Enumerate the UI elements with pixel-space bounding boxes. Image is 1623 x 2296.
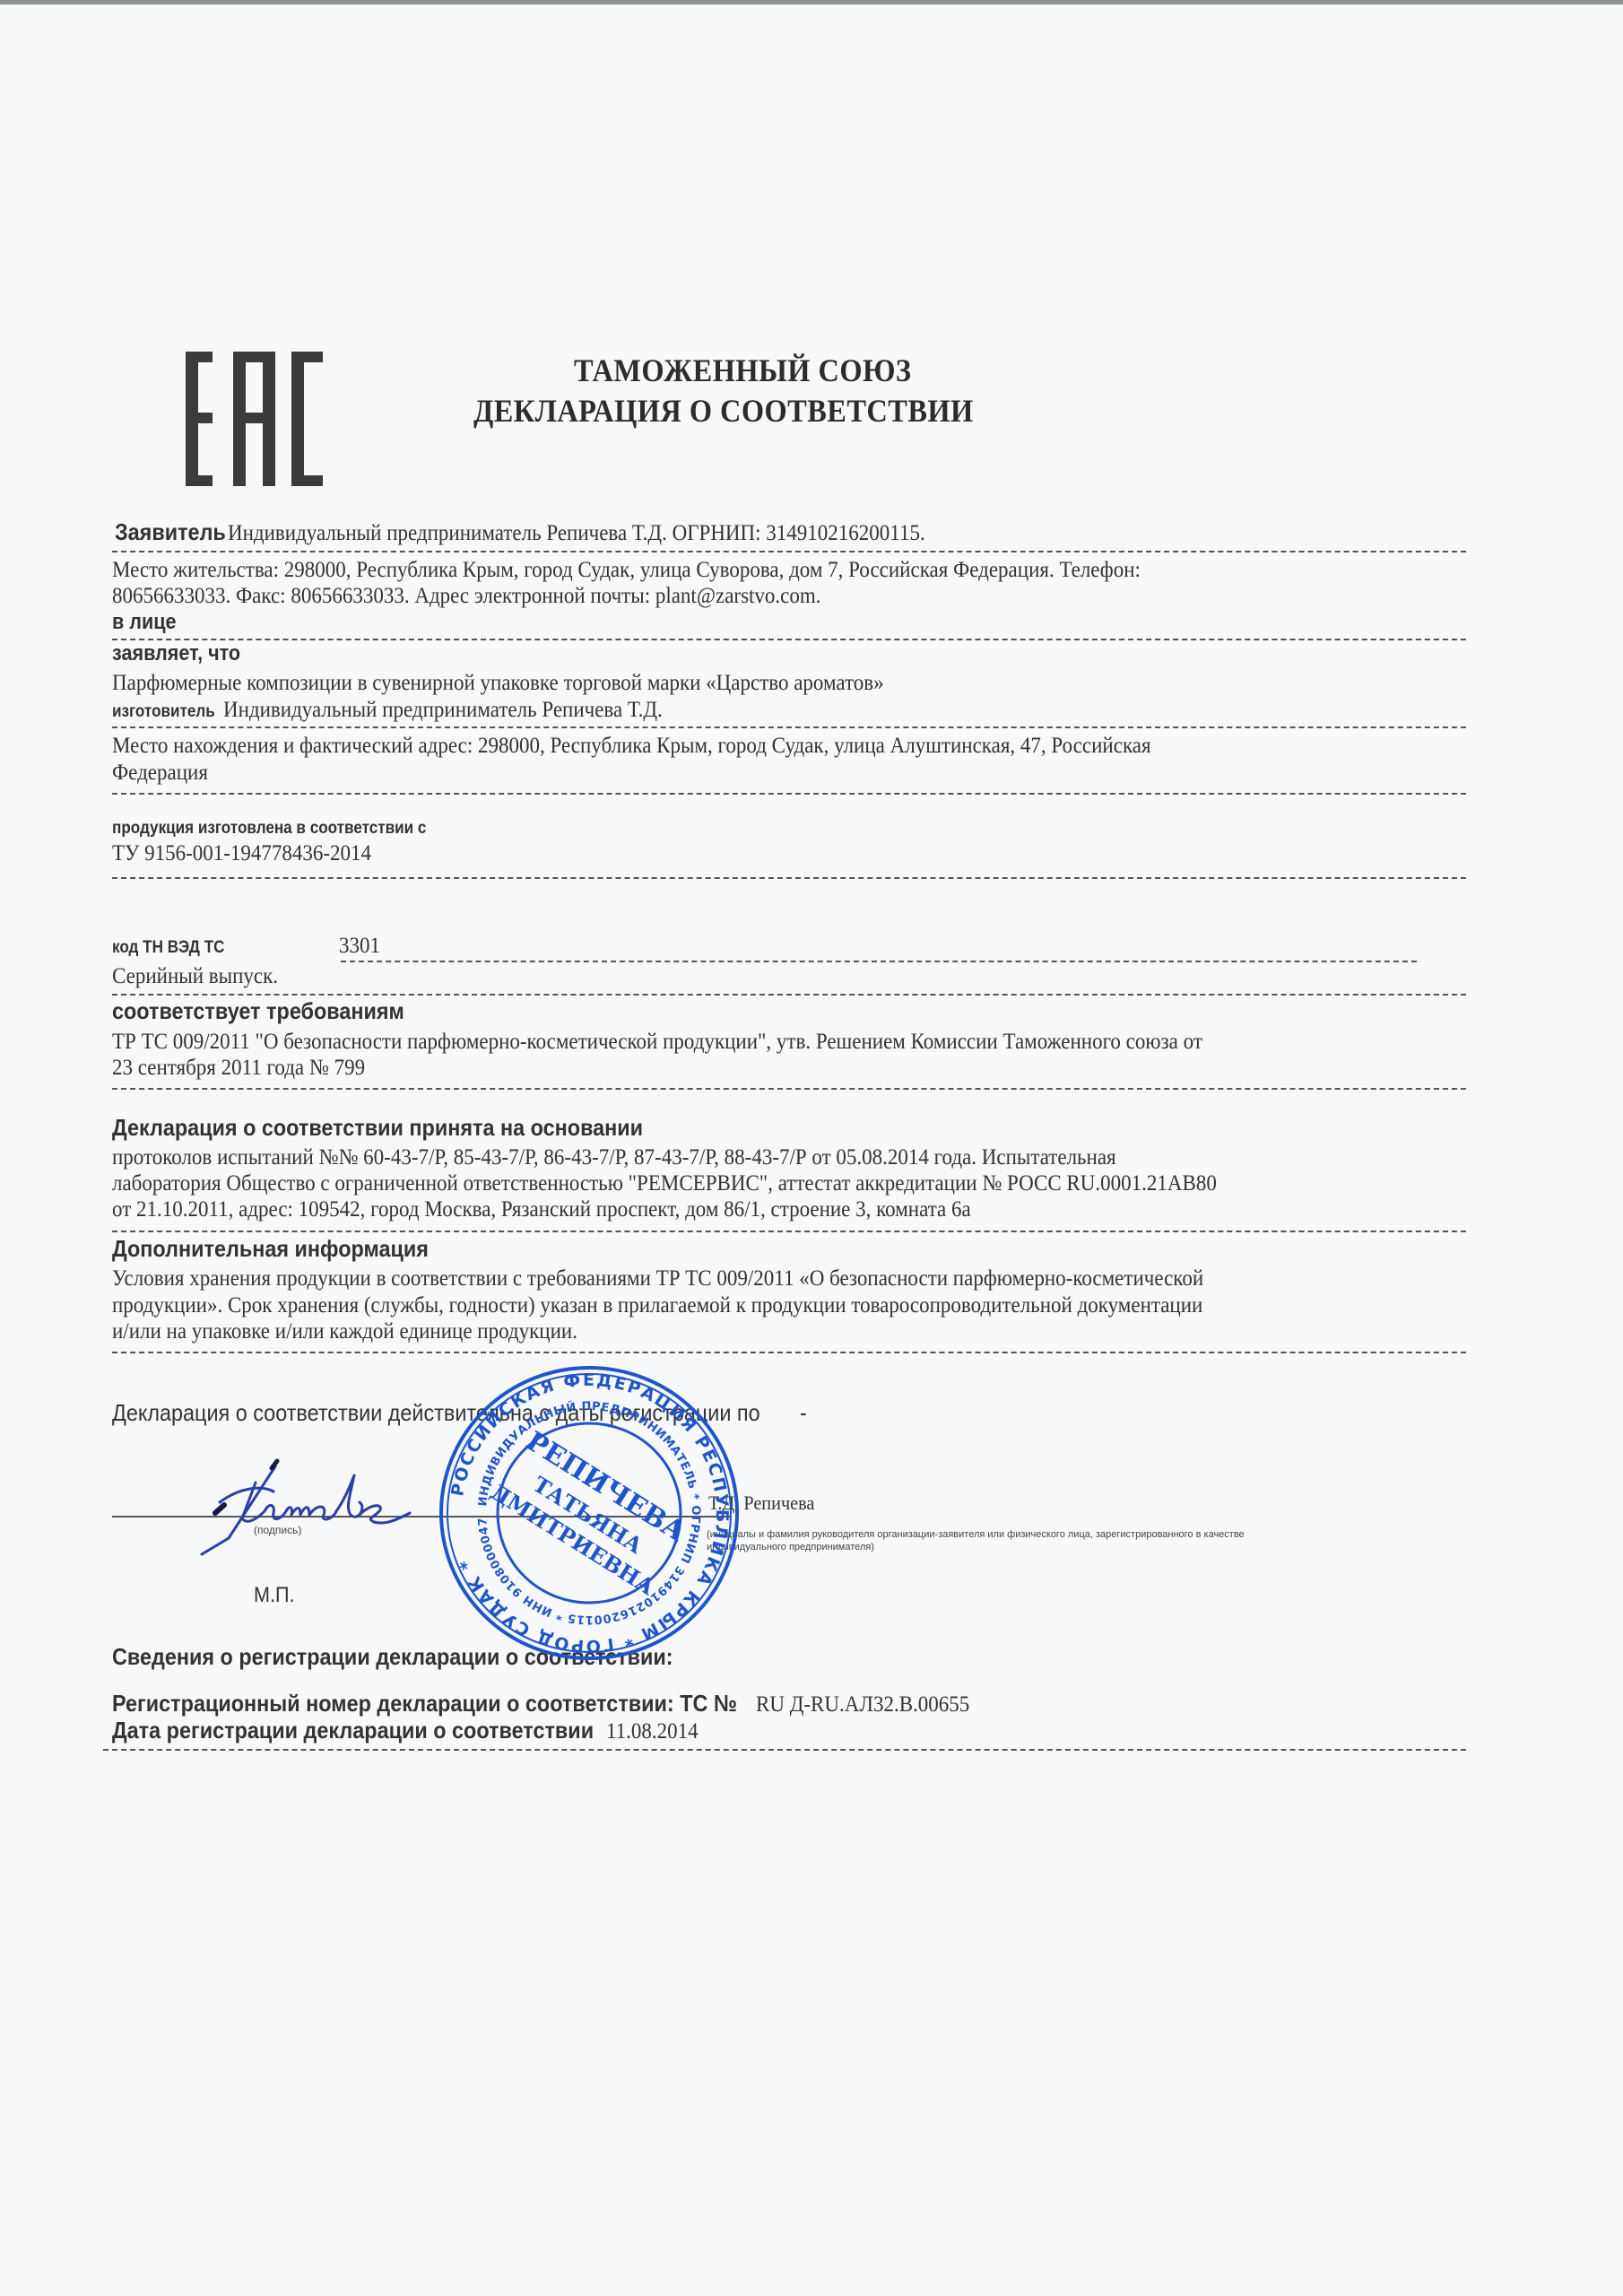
requirements-line1: ТР ТС 009/2011 "О безопасности парфюмерн… xyxy=(112,1030,1202,1055)
divider xyxy=(112,1088,1466,1090)
basis-label: Декларация о соответствии принята на осн… xyxy=(112,1114,643,1142)
divider xyxy=(341,961,1417,962)
basis-line3: от 21.10.2011, адрес: 109542, город Моск… xyxy=(112,1197,971,1222)
manufacturer-address-line1: Место нахождения и фактический адрес: 29… xyxy=(112,734,1151,759)
divider xyxy=(112,1352,1466,1353)
represented-by-label: в лице xyxy=(112,610,177,635)
document-title-line1: ТАМОЖЕННЫЙ СОЮЗ xyxy=(574,352,911,389)
official-stamp-icon: РОССИЙСКАЯ ФЕДЕРАЦИЯ РЕСПУБЛИКА КРЫМ * Г… xyxy=(438,1365,741,1661)
divider xyxy=(112,639,1466,640)
additional-info-label: Дополнительная информация xyxy=(112,1235,429,1263)
document-title-line2: ДЕКЛАРАЦИЯ О СООТВЕТСТВИИ xyxy=(473,392,974,430)
divider xyxy=(112,877,1466,879)
divider xyxy=(112,726,1466,728)
standard-value: ТУ 9156-001-194778436-2014 xyxy=(112,841,371,866)
divider xyxy=(112,551,1466,552)
manufacturer-address-line2: Федерация xyxy=(112,761,208,786)
divider xyxy=(103,1749,1466,1751)
scan-edge xyxy=(0,0,1623,4)
declares-label: заявляет, что xyxy=(112,641,240,666)
registration-date-value: 11.08.2014 xyxy=(606,1719,699,1744)
product-name: Парфюмерные композиции в сувенирной упак… xyxy=(112,671,884,696)
eac-logo-icon xyxy=(184,350,327,489)
signer-caption-line1: (инициалы и фамилия руководителя организ… xyxy=(707,1529,1245,1540)
manufacturer-label: изготовитель xyxy=(112,702,215,722)
applicant-address-line2: 80656633033. Факс: 80656633033. Адрес эл… xyxy=(112,584,821,609)
manufacturer-value: Индивидуальный предприниматель Репичева … xyxy=(223,698,663,723)
additional-info-line2: продукции». Срок хранения (службы, годно… xyxy=(112,1293,1202,1318)
additional-info-line1: Условия хранения продукции в соответстви… xyxy=(112,1266,1203,1291)
basis-line2: лаборатория Общество с ограниченной отве… xyxy=(112,1171,1217,1196)
applicant-label: Заявитель xyxy=(115,518,226,546)
basis-line1: протоколов испытаний №№ 60-43-7/Р, 85-43… xyxy=(112,1145,1116,1170)
tn-ved-value: 3301 xyxy=(339,934,380,959)
requirements-line2: 23 сентября 2011 года № 799 xyxy=(112,1056,365,1081)
standard-label: продукция изготовлена в соответствии с xyxy=(112,819,426,839)
divider xyxy=(112,994,1466,996)
manufacturer-row: изготовитель Индивидуальный предпринимат… xyxy=(112,698,700,723)
registration-number-row: Регистрационный номер декларации о соотв… xyxy=(112,1690,988,1718)
applicant-row: Заявитель Индивидуальный предприниматель… xyxy=(115,518,985,546)
requirements-label: соответствует требованиям xyxy=(112,997,404,1025)
tn-ved-label: код ТН ВЭД ТС xyxy=(112,938,225,958)
seal-mark: М.П. xyxy=(254,1583,295,1608)
additional-info-line3: и/или на упаковке и/или каждой единице п… xyxy=(112,1319,577,1344)
registration-date-row: Дата регистрации декларации о соответств… xyxy=(112,1717,706,1744)
registration-date-label: Дата регистрации декларации о соответств… xyxy=(112,1717,594,1744)
release-type: Серийный выпуск. xyxy=(112,964,278,989)
divider xyxy=(112,1231,1466,1232)
registration-number-value: RU Д-RU.АЛ32.В.00655 xyxy=(756,1692,969,1718)
validity-value: - xyxy=(800,1399,807,1427)
applicant-value: Индивидуальный предприниматель Репичева … xyxy=(228,521,925,546)
handwritten-signature-icon xyxy=(175,1448,444,1578)
applicant-address-line1: Место жительства: 298000, Республика Кры… xyxy=(112,558,1141,583)
divider xyxy=(112,793,1466,795)
registration-number-label: Регистрационный номер декларации о соотв… xyxy=(112,1690,737,1718)
